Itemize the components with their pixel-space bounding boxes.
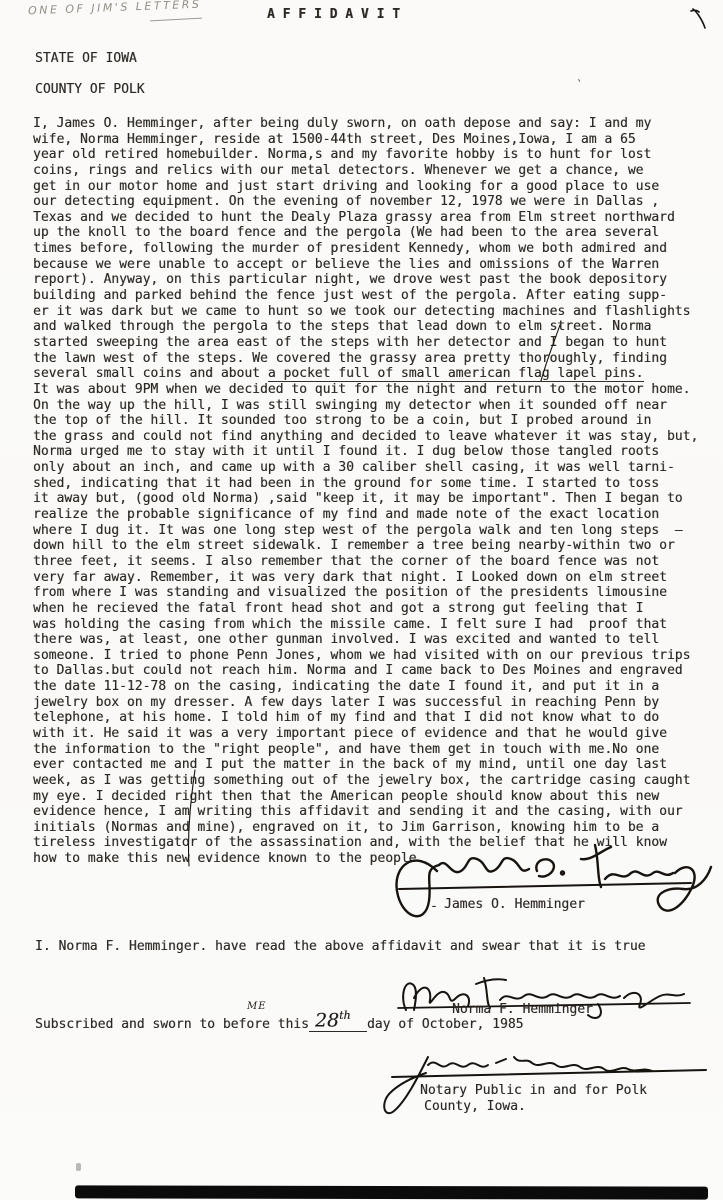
notary-typed-line2: County, Iowa. [424, 1099, 526, 1114]
body-line: up the knoll to the board fence and the … [33, 225, 698, 241]
underlined-phrase: a pocket full of small american flag lap… [268, 366, 644, 382]
norma-affirmation-line: I. Norma F. Hemminger. have read the abo… [35, 939, 645, 954]
body-line: Norma urged me to stay with it until I f… [33, 444, 698, 460]
document-title: A F F I D A V I T [267, 7, 400, 22]
body-line: the information to the "right people", a… [33, 742, 698, 758]
state-line: STATE OF IOWA [35, 51, 137, 66]
stray-tick-mark: ` [573, 77, 583, 92]
body-line: realize the probable significance of my … [33, 507, 698, 523]
body-line: when he recieved the fatal front head sh… [33, 601, 698, 617]
norma-typed-name: Norma F. Hemminger [452, 1002, 593, 1017]
body-line: and walked through the pergola to the st… [33, 319, 698, 335]
body-line: initials (Normas and mine), engraved on … [33, 820, 698, 836]
body-line: Texas and we decided to hunt the Dealy P… [33, 210, 698, 226]
pen-stroke-vertical-mark [183, 769, 203, 869]
body-line: report). Anyway, on this particular nigh… [33, 272, 698, 288]
body-line: the lawn west of the steps. We covered t… [33, 351, 698, 367]
notary-typed-line1: Notary Public in and for Polk [420, 1083, 647, 1098]
body-line: started sweeping the area east of the st… [33, 335, 698, 351]
james-typed-name: James O. Hemminger [444, 897, 585, 912]
body-line: wife, Norma Hemminger, reside at 1500-44… [33, 132, 698, 148]
body-line: because we were unable to accept or beli… [33, 257, 698, 273]
body-line: someone. I tried to phone Penn Jones, wh… [33, 648, 698, 664]
body-line: times before, following the murder of pr… [33, 241, 698, 257]
subscribed-before-text: Subscribed and sworn to before this [35, 1017, 309, 1032]
body-line: week, as I was getting something out of … [33, 773, 698, 789]
body-line: three feet, it seems. I also remember th… [33, 554, 698, 570]
body-line: several small coins and about a pocket f… [33, 366, 698, 382]
body-line: jewelry box on my dresser. A few days la… [33, 695, 698, 711]
body-line: where I dug it. It was one long step wes… [33, 523, 698, 539]
subscribed-after-text: day of October, 1985 [367, 1017, 524, 1032]
body-line: coins, rings and relics with our metal d… [33, 163, 698, 179]
subscribed-line: Subscribed and sworn to before this28thd… [35, 1017, 523, 1032]
body-line: my eye. I decided right then that the Am… [33, 789, 698, 805]
body-line: the grass and could not find anything an… [33, 429, 698, 445]
body-line: On the way up the hill, I was still swin… [33, 398, 698, 414]
affidavit-body: I, James O. Hemminger, after being duly … [33, 116, 698, 867]
body-line: shed, indicating that it had been in the… [33, 476, 698, 492]
james-signature-script [385, 843, 715, 935]
body-line: er it was dark but we came to hunt so we… [33, 304, 698, 320]
day-blank: 28th [309, 1017, 367, 1032]
body-line: year old retired homebuilder. Norma,s an… [33, 147, 698, 163]
pen-stroke-mark [536, 324, 566, 384]
body-line: with it. He said it was a very important… [33, 726, 698, 742]
body-line: our detecting equipment. On the evening … [33, 194, 698, 210]
body-line: only about an inch, and came up with a 3… [33, 460, 698, 476]
body-line: get in our motor home and just start dri… [33, 179, 698, 195]
pencil-note-underline [150, 18, 202, 22]
body-line: the date 11-12-78 on the casing, indicat… [33, 679, 698, 695]
day-number-handwriting: 28th [315, 1009, 351, 1031]
body-line: ever contacted me and I put the matter i… [33, 757, 698, 773]
county-line: COUNTY OF POLK [35, 82, 145, 97]
body-line: it away but, (good old Norma) ,said "kee… [33, 491, 698, 507]
body-line: the top of the hill. It sounded too stro… [33, 413, 698, 429]
body-line: from where I was standing and visualized… [33, 585, 698, 601]
body-line: telephone, at his home. I told him of my… [33, 710, 698, 726]
body-line: to Dallas.but could not reach him. Norma… [33, 663, 698, 679]
photocopy-bottom-bar [75, 1185, 708, 1199]
stray-dash-mark: - [430, 899, 438, 914]
photocopy-speck [76, 1163, 81, 1171]
body-line: was holding the casing from which the mi… [33, 617, 698, 633]
body-line: I, James O. Hemminger, after being duly … [33, 116, 698, 132]
pen-check-mark [690, 7, 710, 31]
body-line: evidence hence, I am writing this affida… [33, 804, 698, 820]
body-line: building and parked behind the fence jus… [33, 288, 698, 304]
me-insert-handwriting: ME [247, 1001, 267, 1012]
body-line: down hill to the elm street sidewalk. I … [33, 538, 698, 554]
body-line: It was about 9PM when we decided to quit… [33, 382, 698, 398]
body-line: very far away. Remember, it was very dar… [33, 570, 698, 586]
pencil-note: ONE OF JIM'S LETTERS [28, 0, 202, 17]
affidavit-page: { "page": { "pencil_note": "ONE OF JIM'S… [0, 0, 723, 1200]
body-line: there was, at least, one other gunman in… [33, 632, 698, 648]
